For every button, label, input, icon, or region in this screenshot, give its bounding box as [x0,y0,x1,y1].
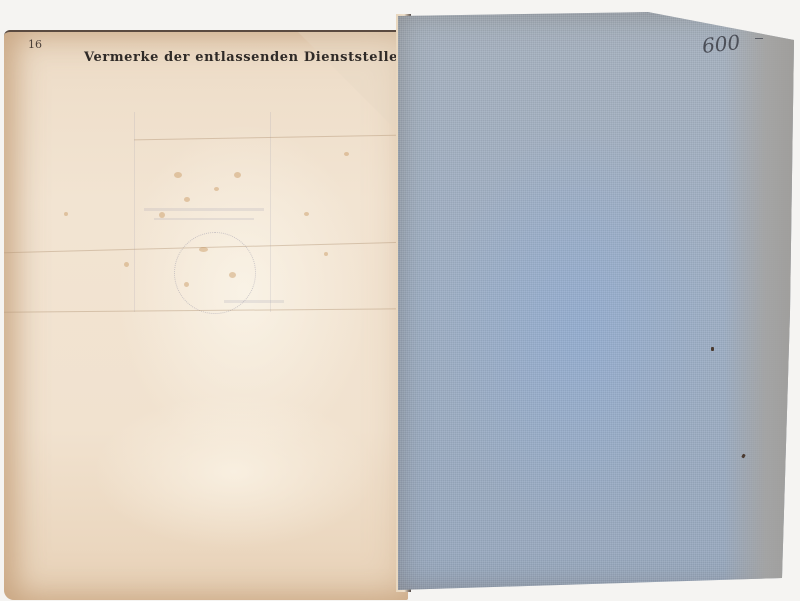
foxing-stain [174,172,182,178]
foxing-stain [304,212,309,216]
faint-vertical-rule [270,112,271,312]
foxing-stain [184,282,189,287]
foxing-stain [324,252,328,256]
dirt-speck [711,347,714,351]
foxing-stain [229,272,236,278]
page-number: 16 [28,38,42,51]
faint-form-line [154,218,254,220]
foxing-stain [184,197,190,202]
scanned-document-spread: 16 Vermerke der entlassenden Dienststell… [0,0,800,601]
faint-form-line [144,208,264,211]
left-page: 16 Vermerke der entlassenden Dienststell… [4,30,408,600]
faint-vertical-rule [134,112,135,312]
foxing-stain [214,187,219,191]
foxing-stain [344,152,349,156]
page-heading: Vermerke der entlassenden Dienststelle [84,50,398,65]
handwritten-note: 600 [701,30,741,58]
foxing-stain [64,212,68,216]
faded-stamp [174,232,256,314]
foxing-stain [234,172,241,178]
blue-cloth-cover [398,12,794,590]
faded-cover-edge [724,12,794,590]
handwritten-dash [755,38,763,39]
corner-fold [298,32,408,142]
foxing-stain [124,262,129,267]
foxing-stain [159,212,165,218]
foxing-stain [199,247,208,252]
